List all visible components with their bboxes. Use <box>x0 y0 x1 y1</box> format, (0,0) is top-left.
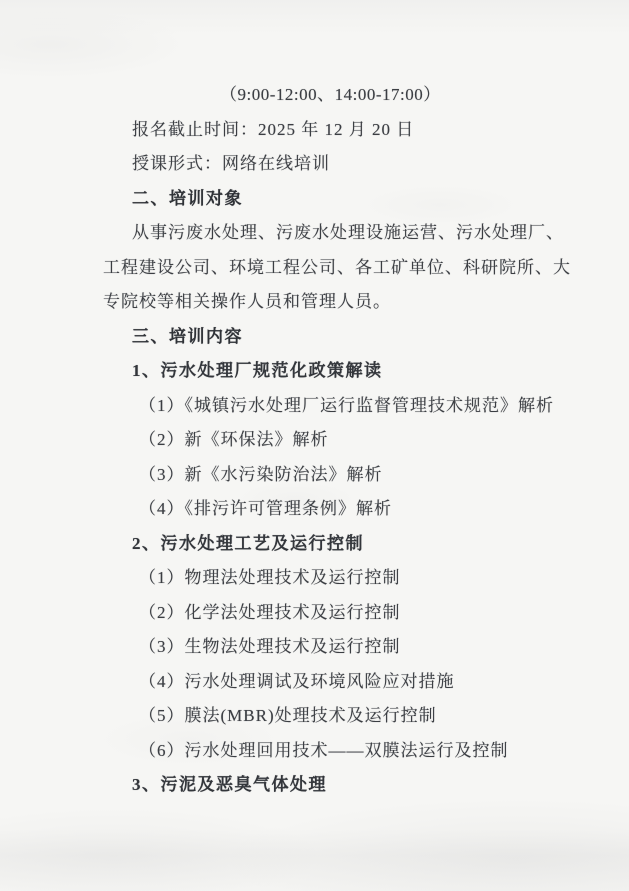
paragraph-audience-line: 工程建设公司、环境工程公司、各工矿单位、科研院所、大 <box>0 251 629 286</box>
content-item: （4）污水处理调试及环境风险应对措施 <box>0 665 629 700</box>
content-item: （6）污水处理回用技术——双膜法运行及控制 <box>0 734 629 769</box>
heading-topic-2: 2、污水处理工艺及运行控制 <box>0 527 629 562</box>
content-item: （3）新《水污染防治法》解析 <box>0 458 629 493</box>
paragraph-audience-line: 从事污废水处理、污废水处理设施运营、污水处理厂、 <box>0 216 629 251</box>
heading-section-training-target: 二、培训对象 <box>0 182 629 217</box>
content-item: （1）《城镇污水处理厂运行监督管理技术规范》解析 <box>0 389 629 424</box>
line-registration-deadline: 报名截止时间：2025 年 12 月 20 日 <box>0 113 629 148</box>
document-body: （9:00-12:00、14:00-17:00） 报名截止时间：2025 年 1… <box>0 78 629 803</box>
heading-topic-3: 3、污泥及恶臭气体处理 <box>0 768 629 803</box>
document-page: （9:00-12:00、14:00-17:00） 报名截止时间：2025 年 1… <box>0 0 629 891</box>
content-item: （2）新《环保法》解析 <box>0 423 629 458</box>
content-item: （2）化学法处理技术及运行控制 <box>0 596 629 631</box>
content-item: （3）生物法处理技术及运行控制 <box>0 630 629 665</box>
heading-section-training-content: 三、培训内容 <box>0 320 629 355</box>
content-item: （4）《排污许可管理条例》解析 <box>0 492 629 527</box>
line-session-hours: （9:00-12:00、14:00-17:00） <box>0 78 629 113</box>
content-item: （1）物理法处理技术及运行控制 <box>0 561 629 596</box>
line-course-format: 授课形式：网络在线培训 <box>0 147 629 182</box>
content-item: （5）膜法(MBR)处理技术及运行控制 <box>0 699 629 734</box>
paragraph-audience-line: 专院校等相关操作人员和管理人员。 <box>0 285 629 320</box>
heading-topic-1: 1、污水处理厂规范化政策解读 <box>0 354 629 389</box>
